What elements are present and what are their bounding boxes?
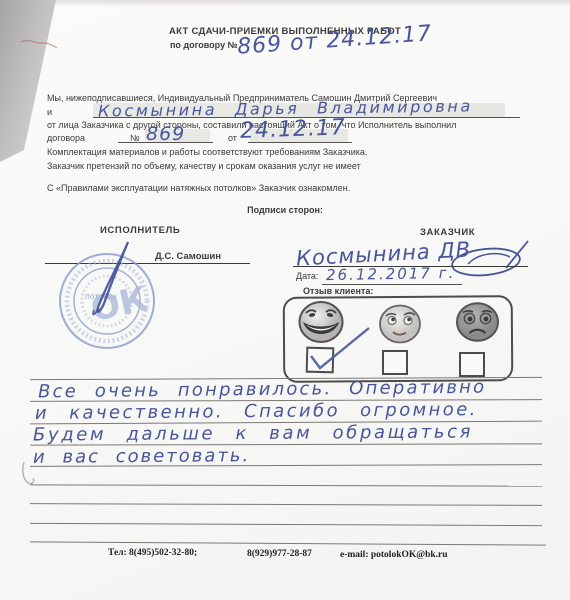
clause-no-claims: Заказчик претензий по объему, качеству и… <box>47 161 361 171</box>
client-review-label: Отзыв клиента: <box>303 286 373 296</box>
clause-materials: Комплектация материалов и работы соответ… <box>47 147 367 157</box>
review-line-3: Будем дальше к вам обращаться <box>33 421 473 445</box>
footer-phone-2: 8(929)977-28-87 <box>247 549 312 559</box>
ruled-line <box>30 503 542 506</box>
body-line-and: и <box>47 107 52 117</box>
date-label: Дата: <box>296 271 318 281</box>
neutral-checkbox[interactable] <box>382 350 408 375</box>
ruled-line <box>30 523 542 526</box>
contract-no-value-handwritten: 869 <box>146 123 185 145</box>
footer-email: e-mail: potolokOK@bk.ru <box>340 550 448 560</box>
contract-word-label: договора <box>47 133 85 143</box>
clause-rules: С «Правилами эксплуатации натяжных потол… <box>47 183 350 193</box>
ruled-line <box>30 541 546 545</box>
contract-date-value-handwritten: 24.12.17 <box>240 115 347 144</box>
sad-checkbox[interactable] <box>459 352 485 377</box>
signatures-header: Подписи сторон: <box>0 205 570 215</box>
review-line-1: Все очень понравилось. Оперативно <box>38 377 486 403</box>
review-line-4: и вас советовать. <box>33 445 250 468</box>
review-line-2: и качественно. Спасибо огромное. <box>35 399 478 424</box>
contract-subtitle-label: по договору № <box>170 40 238 50</box>
executor-title: ИСПОЛНИТЕЛЬ <box>100 225 180 236</box>
executor-signature-stroke <box>88 236 148 322</box>
neutral-smiley-icon <box>378 304 422 344</box>
checkmark-pen-tick <box>303 322 375 372</box>
ruled-line <box>30 484 542 486</box>
customer-title: ЗАКАЗЧИК <box>420 227 475 238</box>
sad-smiley-icon <box>455 302 500 343</box>
scanned-act-document: АКТ СДАЧИ-ПРИЕМКИ ВЫПОЛНЕННЫХ РАБОТ по д… <box>0 0 570 600</box>
red-pen-artifact <box>18 34 60 54</box>
date-value-handwritten: 26.12.2017 г. <box>326 264 456 284</box>
scan-edge-shadow <box>0 0 570 7</box>
contract-from-label: от <box>228 133 237 143</box>
footer-phone-1: Тел: 8(495)502-32-80; <box>108 548 197 558</box>
